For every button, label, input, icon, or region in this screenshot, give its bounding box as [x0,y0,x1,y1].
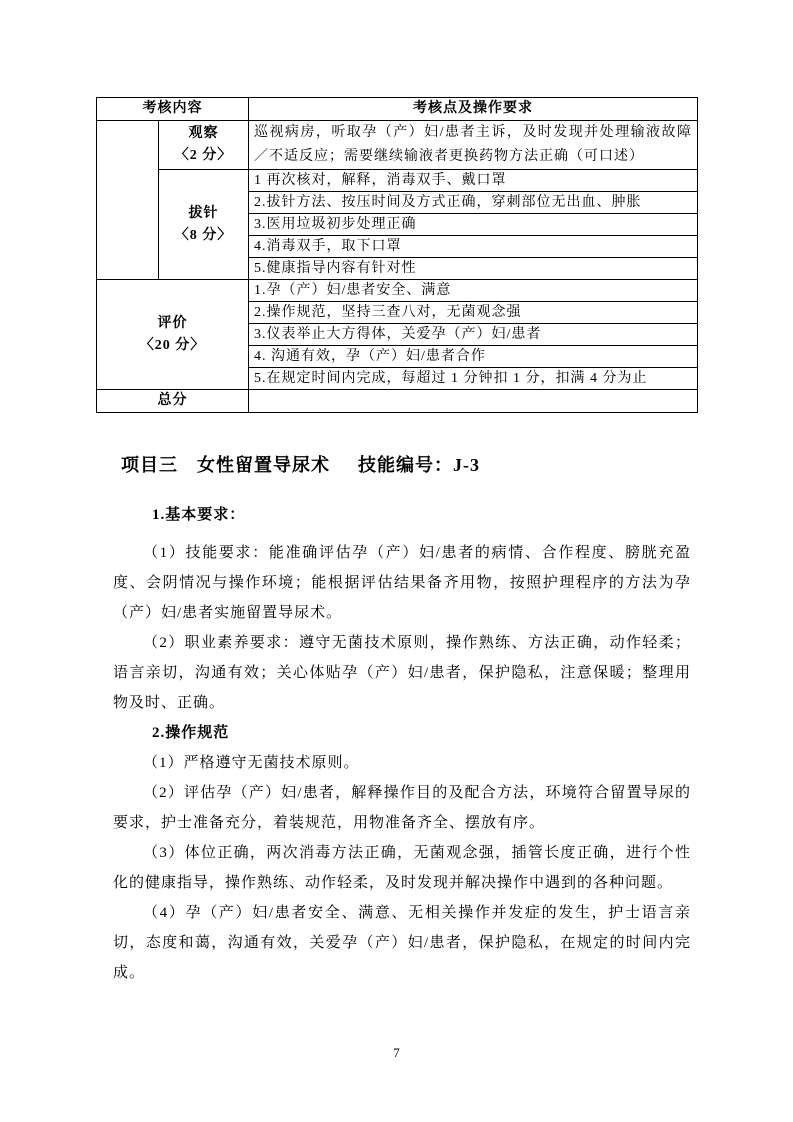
paragraph: （4）孕（产）妇/患者安全、满意、无相关操作并发症的发生，护士语言亲切，态度和蔼… [113,898,691,988]
merged-empty-cell [97,121,159,280]
criteria-cell: 1.孕（产）妇/患者安全、满意 [249,280,698,302]
skill-code: 技能编号：J-3 [358,455,480,475]
total-score-row: 总分 [97,390,698,413]
criteria-cell: 2.拔针方法、按压时间及方式正确，穿刺部位无出血、肿胀 [249,192,698,214]
total-score-value [249,390,698,413]
table-header-row: 考核内容 考核点及操作要求 [97,98,698,121]
section-score-text: 〈2 分〉 [164,145,243,167]
paragraph: （1）技能要求：能准确评估孕（产）妇/患者的病情、合作程度、膀胱充盈度、会阴情况… [113,538,691,628]
paragraph: （2）评估孕（产）妇/患者，解释操作目的及配合方法，环境符合留置导尿的要求，护士… [113,778,691,838]
section-label-text: 拔针 [164,203,243,225]
criteria-cell: 3.医用垃圾初步处理正确 [249,214,698,236]
section-label-text: 观察 [164,123,243,145]
total-score-label: 总分 [97,390,249,413]
section-label-text: 评价 [102,313,243,335]
criteria-cell: 4. 沟通有效，孕（产）妇/患者合作 [249,346,698,368]
table-row: 拔针 〈8 分〉 1 再次核对，解释，消毒双手、戴口罩 [97,170,698,192]
criteria-cell: 2.操作规范，坚持三查八对，无菌观念强 [249,302,698,324]
basic-requirements-title: 1.基本要求： [113,500,691,530]
header-points-requirements: 考核点及操作要求 [249,98,698,121]
operation-standard-title: 2.操作规范 [113,718,691,748]
section-label-needle-removal: 拔针 〈8 分〉 [159,170,249,280]
section-score-text: 〈20 分〉 [102,335,243,357]
criteria-cell: 3.仪表举止大方得体，关爱孕（产）妇/患者 [249,324,698,346]
criteria-cell: 1 再次核对，解释，消毒双手、戴口罩 [249,170,698,192]
document-page: 考核内容 考核点及操作要求 观察 〈2 分〉 巡视病房，听取孕（产）妇/患者主诉… [0,0,793,1122]
paragraph: （2）职业素养要求：遵守无菌技术原则，操作熟练、方法正确，动作轻柔；语言亲切，沟… [113,628,691,718]
assessment-table: 考核内容 考核点及操作要求 观察 〈2 分〉 巡视病房，听取孕（产）妇/患者主诉… [96,97,698,413]
header-assessment-content: 考核内容 [97,98,249,121]
criteria-cell: 5.健康指导内容有针对性 [249,258,698,280]
table-row: 评价 〈20 分〉 1.孕（产）妇/患者安全、满意 [97,280,698,302]
criteria-cell: 巡视病房，听取孕（产）妇/患者主诉，及时发现并处理输液故障／不适反应；需要继续输… [249,121,698,170]
section-label-observe: 观察 〈2 分〉 [159,121,249,170]
section-label-evaluation: 评价 〈20 分〉 [97,280,249,390]
paragraph: （1）严格遵守无菌技术原则。 [113,748,691,778]
document-body: 1.基本要求： （1）技能要求：能准确评估孕（产）妇/患者的病情、合作程度、膀胱… [113,500,691,988]
project-heading: 项目三 女性留置导尿术技能编号：J-3 [121,451,480,479]
criteria-cell: 4.消毒双手，取下口罩 [249,236,698,258]
paragraph: （3）体位正确，两次消毒方法正确，无菌观念强，插管长度正确，进行个性化的健康指导… [113,838,691,898]
criteria-cell: 5.在规定时间内完成，每超过 1 分钟扣 1 分，扣满 4 分为止 [249,368,698,390]
table-row: 观察 〈2 分〉 巡视病房，听取孕（产）妇/患者主诉，及时发现并处理输液故障／不… [97,121,698,170]
project-title: 项目三 女性留置导尿术 [121,455,330,475]
page-number: 7 [0,1044,793,1062]
section-score-text: 〈8 分〉 [164,225,243,247]
